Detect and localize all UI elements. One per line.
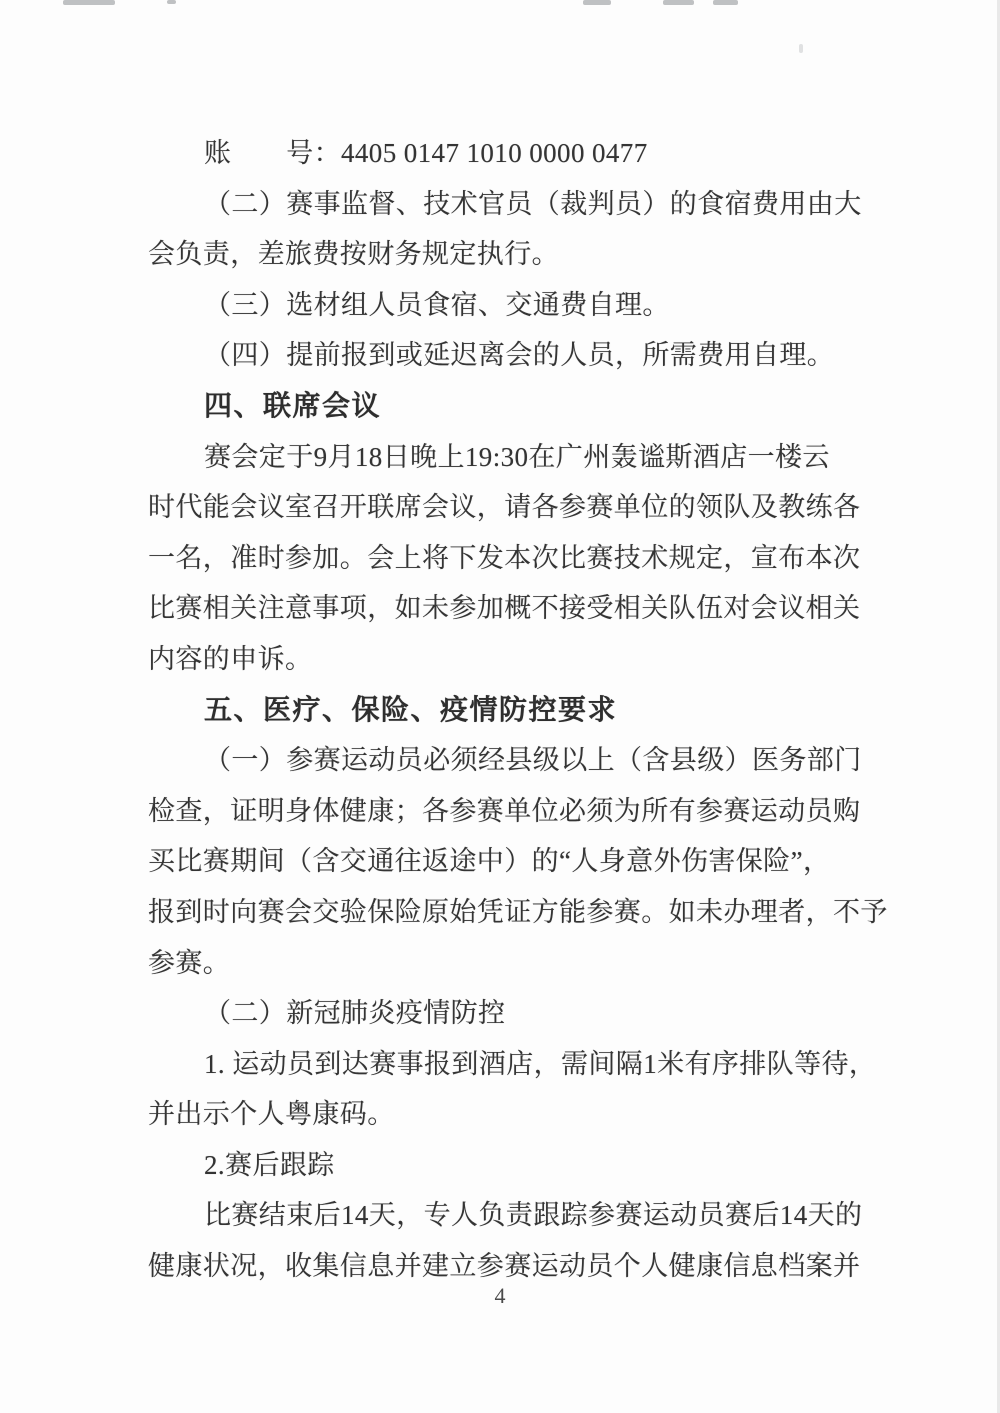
paragraph-line: 比赛相关注意事项，如未参加概不接受相关队伍对会议相关 <box>148 583 878 634</box>
document-body: 账 号：4405 0147 1010 0000 0477 （二）赛事监督、技术官… <box>148 128 878 1292</box>
paragraph-line: （二）赛事监督、技术官员（裁判员）的食宿费用由大 <box>148 179 878 230</box>
paragraph-line: （三）选材组人员食宿、交通费自理。 <box>148 280 878 331</box>
paragraph-line: 比赛结束后14天，专人负责跟踪参赛运动员赛后14天的 <box>148 1190 878 1241</box>
paragraph-line: 1. 运动员到达赛事报到酒店，需间隔1米有序排队等待， <box>148 1039 878 1090</box>
paragraph-line: 检查，证明身体健康；各参赛单位必须为所有参赛运动员购 <box>148 786 878 837</box>
paragraph-line: 时代能会议室召开联席会议，请各参赛单位的领队及教练各 <box>148 482 878 533</box>
paragraph-line: （一）参赛运动员必须经县级以上（含县级）医务部门 <box>148 735 878 786</box>
scan-artifact <box>799 44 803 53</box>
section-heading-medical-insurance: 五、医疗、保险、疫情防控要求 <box>148 685 878 736</box>
paragraph-line: 内容的申诉。 <box>148 634 878 685</box>
paragraph-line: 买比赛期间（含交通往返途中）的“人身意外伤害保险”， <box>148 836 878 887</box>
scan-artifact <box>167 0 176 4</box>
paragraph-line: 并出示个人粤康码。 <box>148 1089 878 1140</box>
paragraph-line: 2.赛后跟踪 <box>148 1140 878 1191</box>
paragraph-line: 参赛。 <box>148 938 878 989</box>
paragraph-line: （四）提前报到或延迟离会的人员，所需费用自理。 <box>148 330 878 381</box>
scan-artifact <box>63 0 115 5</box>
paragraph-line: 报到时向赛会交验保险原始凭证方能参赛。如未办理者，不予 <box>148 887 878 938</box>
paragraph-line: （二）新冠肺炎疫情防控 <box>148 988 878 1039</box>
page-number: 4 <box>0 1283 1000 1309</box>
scan-artifact <box>583 0 611 5</box>
paragraph-line: 赛会定于9月18日晚上19:30在广州轰谧斯酒店一楼云 <box>148 432 878 483</box>
section-heading-joint-meeting: 四、联席会议 <box>148 381 878 432</box>
document-page: 账 号：4405 0147 1010 0000 0477 （二）赛事监督、技术官… <box>0 0 1000 1413</box>
paragraph-line: 会负责，差旅费按财务规定执行。 <box>148 229 878 280</box>
scan-artifact <box>713 0 738 5</box>
paragraph-line: 一名，准时参加。会上将下发本次比赛技术规定，宣布本次 <box>148 533 878 584</box>
account-number-line: 账 号：4405 0147 1010 0000 0477 <box>148 128 878 179</box>
scan-artifact <box>663 0 694 5</box>
